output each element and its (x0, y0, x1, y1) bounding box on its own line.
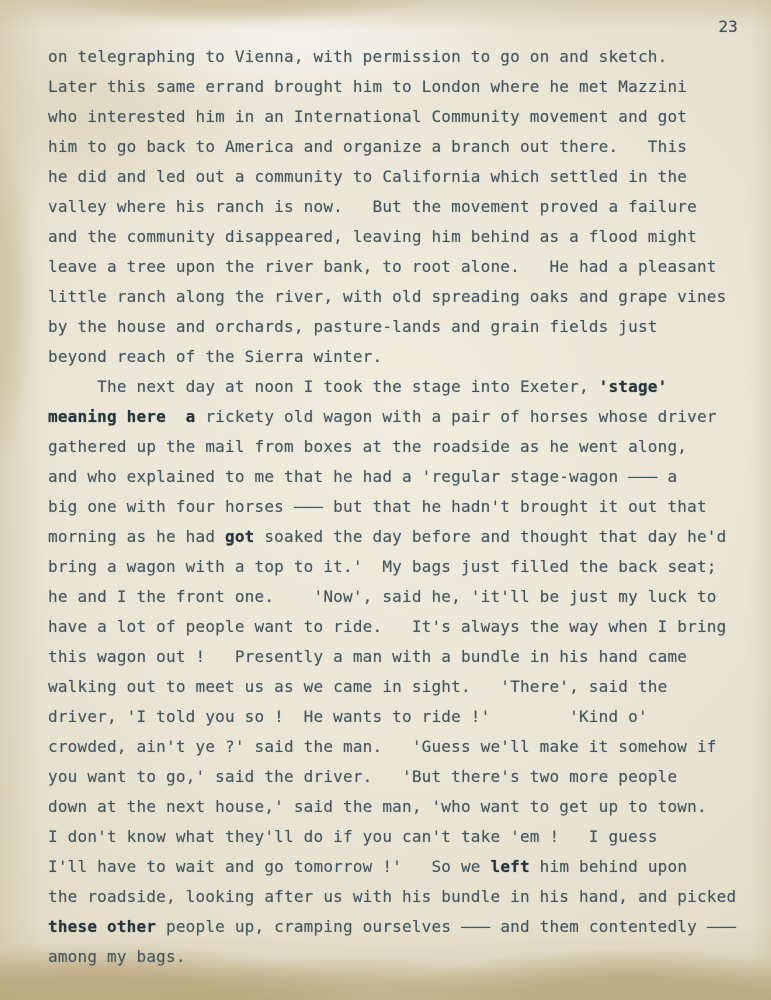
typed-segment: leave a tree upon the river bank, to roo… (48, 257, 717, 276)
paper-aging-left (0, 0, 44, 1000)
typed-line: beyond reach of the Sierra winter. (48, 342, 736, 372)
typed-line: valley where his ranch is now. But the m… (48, 192, 736, 222)
typed-segment-bold: got (225, 527, 255, 546)
typewritten-body: on telegraphing to Vienna, with permissi… (48, 42, 736, 972)
typed-segment: Later this same errand brought him to Lo… (48, 77, 687, 96)
typed-segment-bold: a (186, 407, 196, 426)
typed-segment: the roadside, looking after us with his … (48, 887, 736, 906)
typed-segment-bold: meaning here (48, 407, 166, 426)
typed-segment: who interested him in an International C… (48, 107, 687, 126)
typed-segment: valley where his ranch is now. But the m… (48, 197, 697, 216)
typed-segment: by the house and orchards, pasture-lands… (48, 317, 658, 336)
typed-segment: and the community disappeared, leaving h… (48, 227, 697, 246)
typed-segment: and who explained to me that he had a 'r… (48, 467, 677, 486)
typed-line: and the community disappeared, leaving h… (48, 222, 736, 252)
typed-segment (166, 407, 186, 426)
typed-line: the roadside, looking after us with his … (48, 882, 736, 912)
paper-aging-right (749, 0, 771, 1000)
typed-line: I don't know what they'll do if you can'… (48, 822, 736, 852)
typed-line: and who explained to me that he had a 'r… (48, 462, 736, 492)
typed-line: these other people up, cramping ourselve… (48, 912, 736, 942)
typed-segment: crowded, ain't ye ?' said the man. 'Gues… (48, 737, 717, 756)
typed-line: by the house and orchards, pasture-lands… (48, 312, 736, 342)
typed-segment: walking out to meet us as we came in sig… (48, 677, 667, 696)
typed-segment-bold: left (490, 857, 529, 876)
typed-segment: I'll have to wait and go tomorrow !' So … (48, 857, 490, 876)
typed-segment: soaked the day before and thought that d… (255, 527, 727, 546)
typed-segment: beyond reach of the Sierra winter. (48, 347, 382, 366)
typed-line: morning as he had got soaked the day bef… (48, 522, 736, 552)
typed-segment: bring a wagon with a top to it.' My bags… (48, 557, 717, 576)
typed-line: have a lot of people want to ride. It's … (48, 612, 736, 642)
typed-segment: this wagon out ! Presently a man with a … (48, 647, 687, 666)
typed-line: he and I the front one. 'Now', said he, … (48, 582, 736, 612)
typed-segment: big one with four horses ——— but that he… (48, 497, 707, 516)
paper-aging-top (0, 0, 771, 30)
typed-line: crowded, ain't ye ?' said the man. 'Gues… (48, 732, 736, 762)
typed-line: he did and led out a community to Califo… (48, 162, 736, 192)
typed-segment: him behind upon (530, 857, 687, 876)
manuscript-page: 23 on telegraphing to Vienna, with permi… (0, 0, 771, 1000)
typed-line: meaning here a rickety old wagon with a … (48, 402, 736, 432)
typed-line: Later this same errand brought him to Lo… (48, 72, 736, 102)
typed-line: this wagon out ! Presently a man with a … (48, 642, 736, 672)
typed-segment: he and I the front one. 'Now', said he, … (48, 587, 717, 606)
typed-line: The next day at noon I took the stage in… (48, 372, 736, 402)
typed-segment: gathered up the mail from boxes at the r… (48, 437, 687, 456)
typed-segment: morning as he had (48, 527, 225, 546)
typed-segment: driver, 'I told you so ! He wants to rid… (48, 707, 648, 726)
typed-line: him to go back to America and organize a… (48, 132, 736, 162)
typed-line: bring a wagon with a top to it.' My bags… (48, 552, 736, 582)
typed-segment: he did and led out a community to Califo… (48, 167, 687, 186)
typed-line: on telegraphing to Vienna, with permissi… (48, 42, 736, 72)
page-number: 23 (718, 17, 738, 36)
typed-segment: on telegraphing to Vienna, with permissi… (48, 47, 667, 66)
typed-segment: I don't know what they'll do if you can'… (48, 827, 658, 846)
typed-segment-bold: these other (48, 917, 156, 936)
typed-line: gathered up the mail from boxes at the r… (48, 432, 736, 462)
typed-line: among my bags. (48, 942, 736, 972)
typed-line: driver, 'I told you so ! He wants to rid… (48, 702, 736, 732)
typed-segment: him to go back to America and organize a… (48, 137, 687, 156)
typed-line: walking out to meet us as we came in sig… (48, 672, 736, 702)
typed-line: I'll have to wait and go tomorrow !' So … (48, 852, 736, 882)
typed-line: who interested him in an International C… (48, 102, 736, 132)
typed-segment: people up, cramping ourselves ——— and th… (156, 917, 736, 936)
typed-segment-bold: 'stage' (599, 377, 668, 396)
typed-line: leave a tree upon the river bank, to roo… (48, 252, 736, 282)
typed-line: little ranch along the river, with old s… (48, 282, 736, 312)
typed-segment: you want to go,' said the driver. 'But t… (48, 767, 677, 786)
typed-segment: have a lot of people want to ride. It's … (48, 617, 726, 636)
typed-segment: among my bags. (48, 947, 186, 966)
typed-segment: little ranch along the river, with old s… (48, 287, 726, 306)
typed-segment: rickety old wagon with a pair of horses … (196, 407, 717, 426)
typed-line: big one with four horses ——— but that he… (48, 492, 736, 522)
typed-line: down at the next house,' said the man, '… (48, 792, 736, 822)
typed-segment: down at the next house,' said the man, '… (48, 797, 707, 816)
typed-line: you want to go,' said the driver. 'But t… (48, 762, 736, 792)
typed-segment: The next day at noon I took the stage in… (48, 377, 599, 396)
